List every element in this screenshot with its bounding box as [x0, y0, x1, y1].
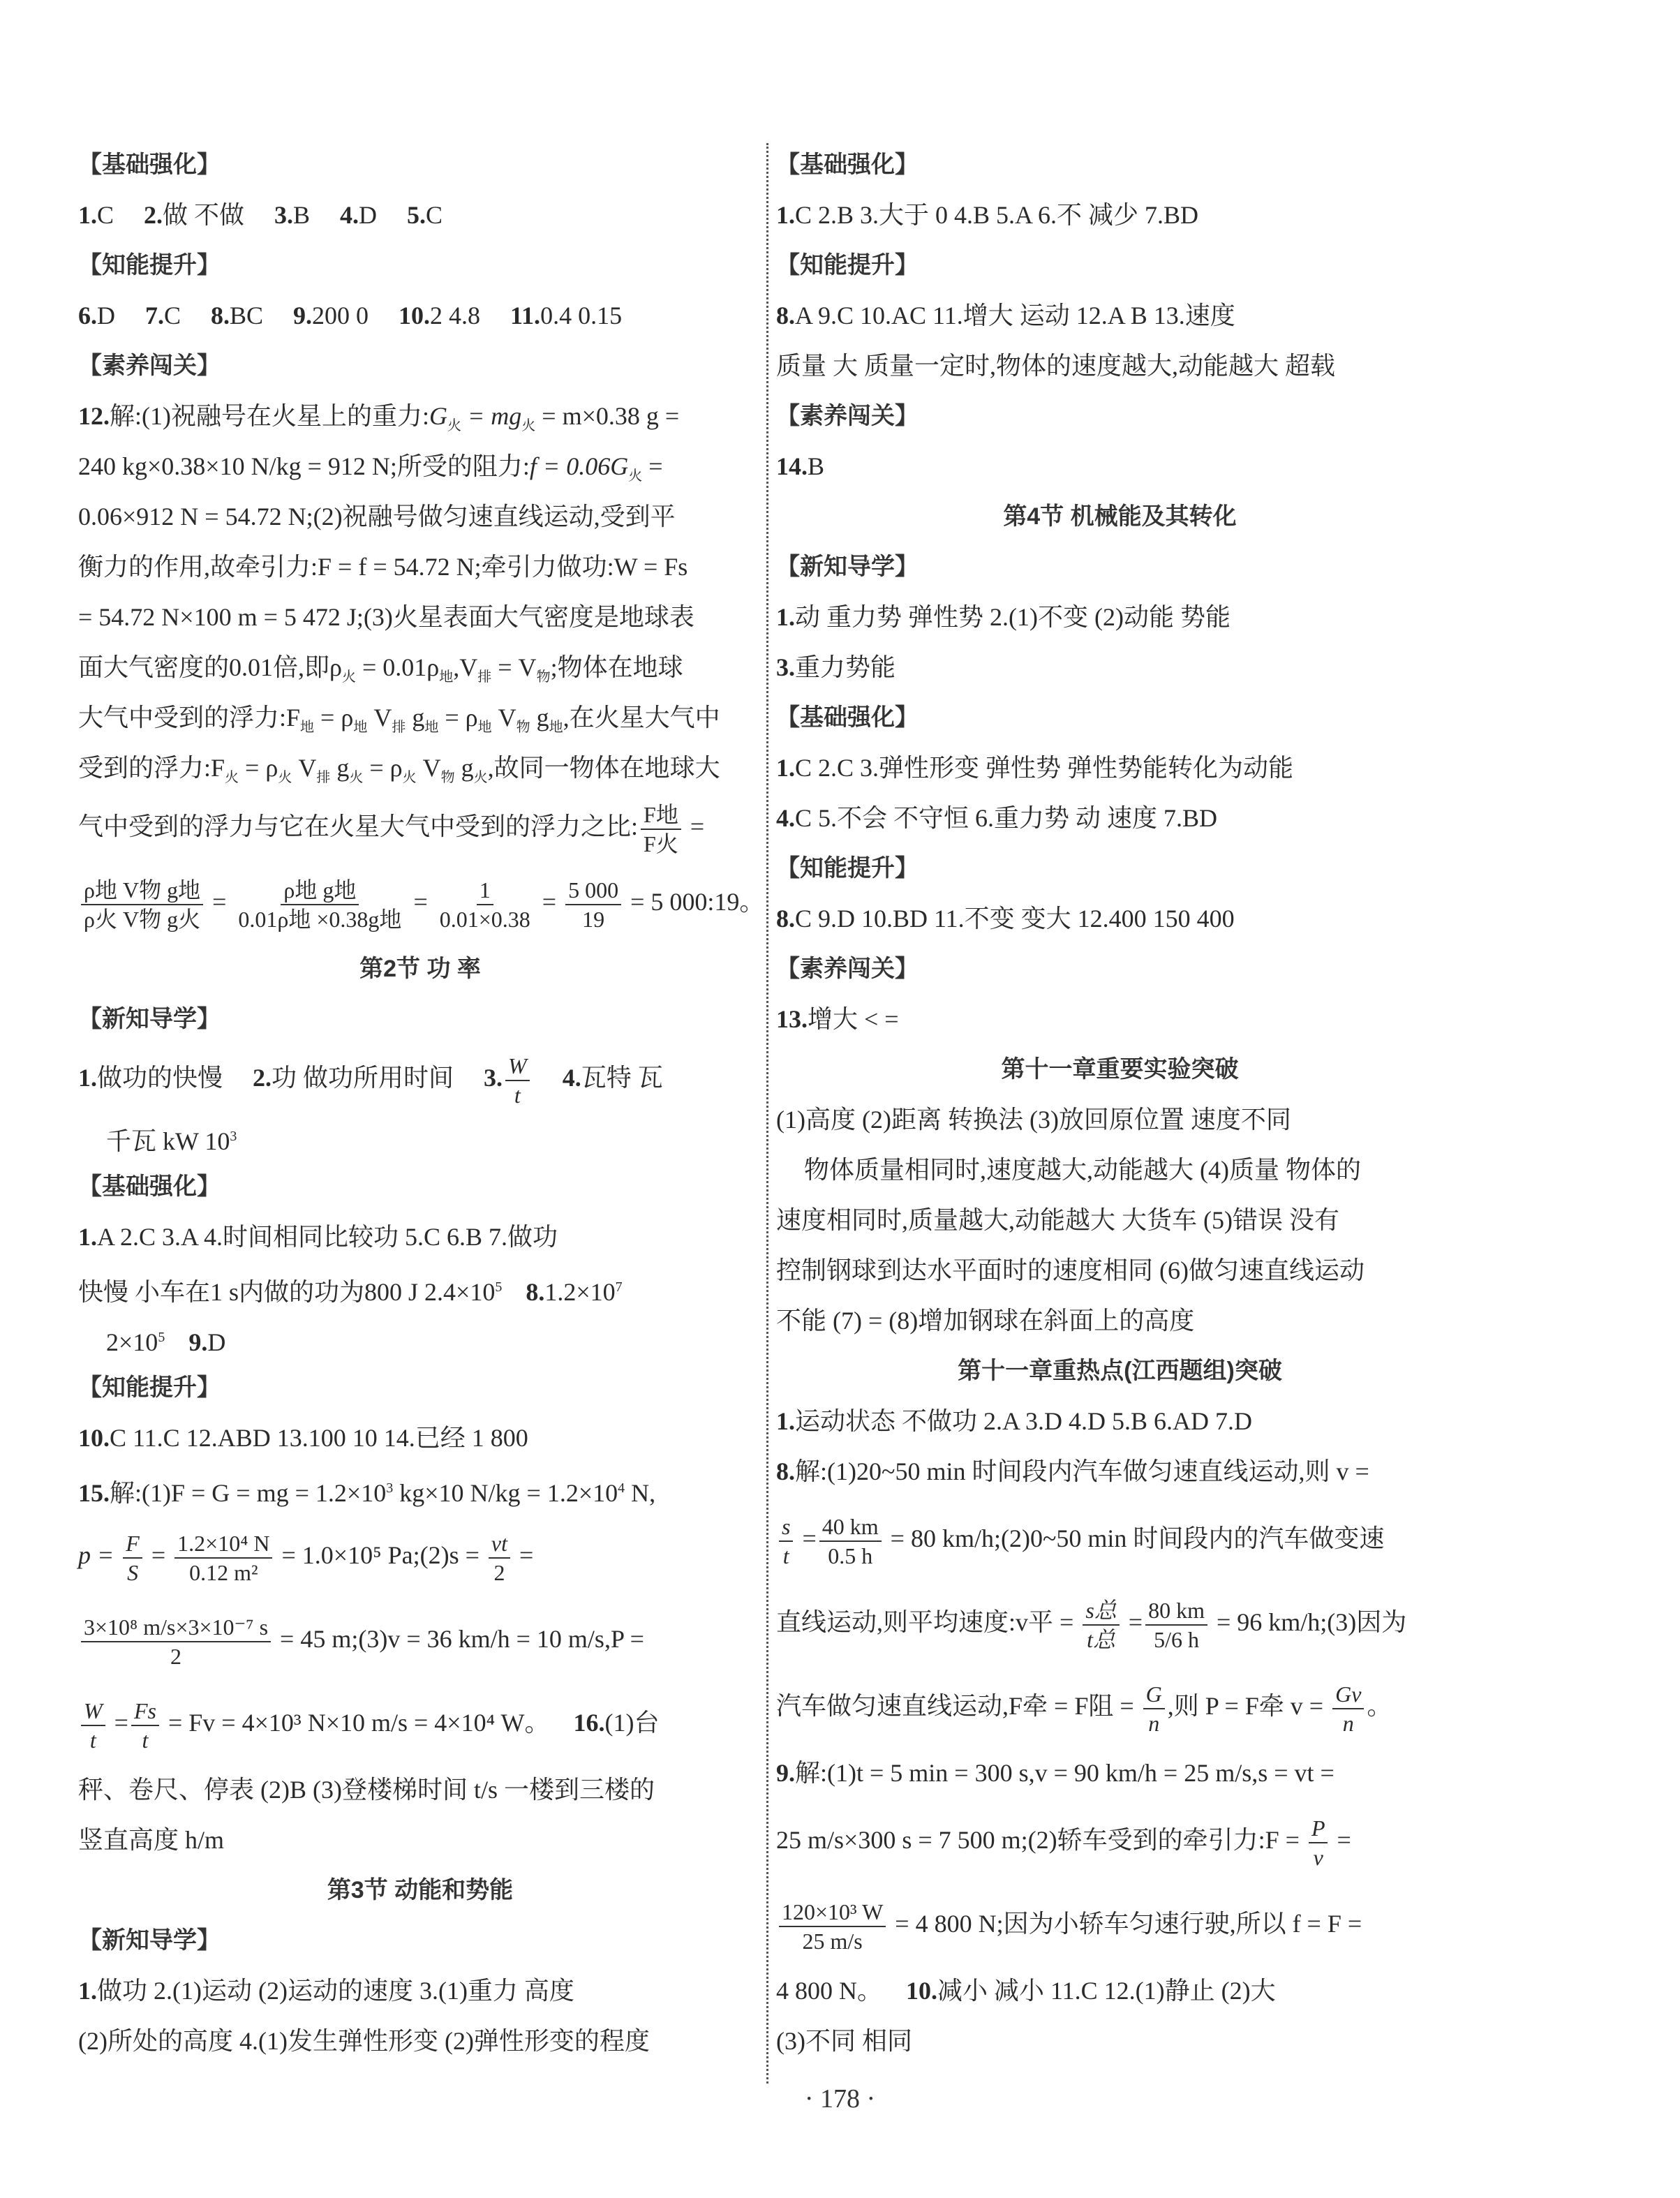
formula-line: p = FS = 1.2×10⁴ N0.12 m² = 1.0×10⁵ Pa;(…	[78, 1513, 762, 1597]
answer-line: 速度相同时,质量越大,动能越大 大货车 (5)错误 没有	[776, 1195, 1464, 1245]
answer-line: 3.重力势能	[776, 642, 1464, 692]
fraction: 40 km0.5 h	[819, 1513, 882, 1570]
right-column: 【基础强化】 1.C 2.B 3.大于 0 4.B 5.A 6.不 减少 7.B…	[776, 140, 1464, 2066]
answer-line: 1.A 2.C 3.A 4.时间相同比较功 5.C 6.B 7.做功	[78, 1212, 762, 1262]
left-column: 【基础强化】 1.C 2.做 不做 3.B 4.D 5.C 【知能提升】 6.D…	[78, 140, 762, 2066]
answer-line: 物体质量相同时,速度越大,动能越大 (4)质量 物体的	[776, 1145, 1464, 1195]
fraction: 5 00019	[565, 876, 621, 933]
formula-line: Wt =Fst = Fv = 4×10³ N×10 m/s = 4×10⁴ W。…	[78, 1681, 762, 1765]
formula-line: ρ地 V物 g地ρ火 V物 g火 = ρ地 g地0.01ρ地 ×0.38g地 =…	[78, 860, 762, 944]
heading-new-knowledge: 【新知导学】	[776, 542, 1464, 592]
heading-ability-improvement: 【知能提升】	[776, 240, 1464, 290]
fraction: 80 km5/6 h	[1145, 1596, 1207, 1654]
answer-line: 质量 大 质量一定时,物体的速度越大,动能越大 超载	[776, 341, 1464, 391]
answer-line: 8.C 9.D 10.BD 11.不变 变大 12.400 150 400	[776, 893, 1464, 944]
answer-line: 6.D 7.C 8.BC 9.200 0 10.2 4.8 11.0.4 0.1…	[78, 290, 762, 341]
heading-ability-improvement: 【知能提升】	[776, 843, 1464, 893]
answer-line: 1.动 重力势 弹性势 2.(1)不变 (2)动能 势能	[776, 592, 1464, 642]
answer-line: 面大气密度的0.01倍,即ρ火 = 0.01ρ地,V排 = V物;物体在地球	[78, 642, 762, 692]
fraction: 1.2×10⁴ N0.12 m²	[174, 1529, 272, 1587]
heading-ability-improvement: 【知能提升】	[78, 240, 762, 290]
fraction: Pv	[1309, 1814, 1328, 1871]
answer-line: 14.B	[776, 441, 1464, 491]
section-title-power: 第2节 功 率	[78, 944, 762, 994]
answer-line: 1.C 2.B 3.大于 0 4.B 5.A 6.不 减少 7.BD	[776, 190, 1464, 240]
answer-line: 控制钢球到达水平面时的速度相同 (6)做匀速直线运动	[776, 1245, 1464, 1295]
answer-line: 大气中受到的浮力:F地 = ρ地 V排 g地 = ρ地 V物 g地,在火星大气中	[78, 692, 762, 743]
heading-new-knowledge: 【新知导学】	[78, 994, 762, 1044]
section-title-mechanical-energy: 第4节 机械能及其转化	[776, 491, 1464, 542]
fraction: Gn	[1143, 1680, 1165, 1737]
heading-basic-strengthening: 【基础强化】	[776, 140, 1464, 190]
fraction: FS	[123, 1529, 142, 1587]
section-title-hotspot-breakthrough: 第十一章重热点(江西题组)突破	[776, 1346, 1464, 1396]
column-divider	[766, 143, 768, 2084]
answer-line: 1.C 2.C 3.弹性形变 弹性势 弹性势能转化为动能	[776, 743, 1464, 793]
section-title-experiment-breakthrough: 第十一章重要实验突破	[776, 1044, 1464, 1094]
fraction: ρ地 g地0.01ρ地 ×0.38g地	[235, 876, 404, 933]
heading-literacy-challenge: 【素养闯关】	[78, 341, 762, 391]
fraction: vt2	[489, 1529, 510, 1587]
answer-line: 1.C 2.做 不做 3.B 4.D 5.C	[78, 190, 762, 240]
answer-line: 竖直高度 h/m	[78, 1815, 762, 1865]
formula-line: 25 m/s×300 s = 7 500 m;(2)轿车受到的牵引力:F = P…	[776, 1798, 1464, 1882]
answer-line: 4 800 N。10.减小 减小 11.C 12.(1)静止 (2)大	[776, 1966, 1464, 2016]
fraction: 120×10³ W25 m/s	[779, 1898, 886, 1955]
answer-line: 千瓦 kW 103	[78, 1111, 762, 1161]
answer-line: 0.06×912 N = 54.72 N;(2)祝融号做匀速直线运动,受到平	[78, 491, 762, 542]
heading-new-knowledge: 【新知导学】	[78, 1915, 762, 1966]
answer-line: 8.解:(1)20~50 min 时间段内汽车做匀速直线运动,则 v =	[776, 1446, 1464, 1497]
answer-line: (1)高度 (2)距离 转换法 (3)放回原位置 速度不同	[776, 1094, 1464, 1145]
answer-line: (3)不同 相同	[776, 2016, 1464, 2066]
fraction: 3×10⁸ m/s×3×10⁻⁷ s2	[81, 1613, 271, 1670]
fraction: Gvn	[1332, 1680, 1364, 1737]
heading-basic-strengthening: 【基础强化】	[78, 1161, 762, 1212]
answer-line-q15: 15.解:(1)F = G = mg = 1.2×103 kg×10 N/kg …	[78, 1463, 762, 1513]
heading-ability-improvement: 【知能提升】	[78, 1362, 762, 1413]
fraction: ρ地 V物 g地ρ火 V物 g火	[81, 876, 203, 933]
answer-line: 快慢 小车在1 s内做的功为800 J 2.4×1058.1.2×107	[78, 1262, 762, 1312]
answer-line: 240 kg×0.38×10 N/kg = 912 N;所受的阻力:f = 0.…	[78, 441, 762, 491]
formula-line: st =40 km0.5 h = 80 km/h;(2)0~50 min 时间段…	[776, 1497, 1464, 1580]
formula-line: 3×10⁸ m/s×3×10⁻⁷ s2 = 45 m;(3)v = 36 km/…	[78, 1597, 762, 1681]
answer-line: (2)所处的高度 4.(1)发生弹性形变 (2)弹性形变的程度	[78, 2016, 762, 2066]
answer-line: 气中受到的浮力与它在火星大气中受到的浮力之比:F地F火 =	[78, 793, 762, 860]
answer-line: 2×1059.D	[78, 1312, 762, 1362]
answer-line: 10.C 11.C 12.ABD 13.100 10 14.已经 1 800	[78, 1413, 762, 1463]
heading-basic-strengthening: 【基础强化】	[78, 140, 762, 190]
formula-line: 汽车做匀速直线运动,F牵 = F阻 = Gn,则 P = F牵 v = Gvn。	[776, 1664, 1464, 1748]
fraction: st	[779, 1513, 793, 1570]
heading-literacy-challenge: 【素养闯关】	[776, 944, 1464, 994]
answer-line: 13.增大 < =	[776, 994, 1464, 1044]
fraction: Wt	[505, 1052, 530, 1109]
answer-line: 8.A 9.C 10.AC 11.增大 运动 12.A B 13.速度	[776, 290, 1464, 341]
answer-line: 秤、卷尺、停表 (2)B (3)登楼梯时间 t/s 一楼到三楼的	[78, 1765, 762, 1815]
answer-line: 4.C 5.不会 不守恒 6.重力势 动 速度 7.BD	[776, 793, 1464, 843]
answer-line-q12: 12.解:(1)祝融号在火星上的重力:G火 = mg火 = m×0.38 g =	[78, 391, 762, 441]
answer-line: 受到的浮力:F火 = ρ火 V排 g火 = ρ火 V物 g火,故同一物体在地球大	[78, 743, 762, 793]
answer-line: = 54.72 N×100 m = 5 472 J;(3)火星表面大气密度是地球…	[78, 592, 762, 642]
answer-line: 衡力的作用,故牵引力:F = f = 54.72 N;牵引力做功:W = Fs	[78, 542, 762, 592]
heading-literacy-challenge: 【素养闯关】	[776, 391, 1464, 441]
fraction: s总t总	[1083, 1596, 1119, 1654]
formula-line: 120×10³ W25 m/s = 4 800 N;因为小轿车匀速行驶,所以 f…	[776, 1882, 1464, 1966]
answer-line: 1.做功的快慢 2.功 做功所用时间 3.Wt 4.瓦特 瓦	[78, 1044, 762, 1111]
answer-line: 9.解:(1)t = 5 min = 300 s,v = 90 km/h = 2…	[776, 1748, 1464, 1798]
answer-line: 不能 (7) = (8)增加钢球在斜面上的高度	[776, 1295, 1464, 1346]
page-number: · 178 ·	[0, 2084, 1680, 2114]
fraction: Wt	[81, 1697, 105, 1754]
fraction: Fst	[131, 1697, 159, 1754]
section-title-kinetic-potential-energy: 第3节 动能和势能	[78, 1865, 762, 1915]
answer-line: 1.做功 2.(1)运动 (2)运动的速度 3.(1)重力 高度	[78, 1966, 762, 2016]
heading-basic-strengthening: 【基础强化】	[776, 692, 1464, 743]
answer-line: 1.运动状态 不做功 2.A 3.D 4.D 5.B 6.AD 7.D	[776, 1396, 1464, 1446]
formula-line: 直线运动,则平均速度:v平 = s总t总 =80 km5/6 h = 96 km…	[776, 1580, 1464, 1664]
fraction: 10.01×0.38	[437, 876, 533, 933]
fraction: F地F火	[641, 801, 681, 858]
